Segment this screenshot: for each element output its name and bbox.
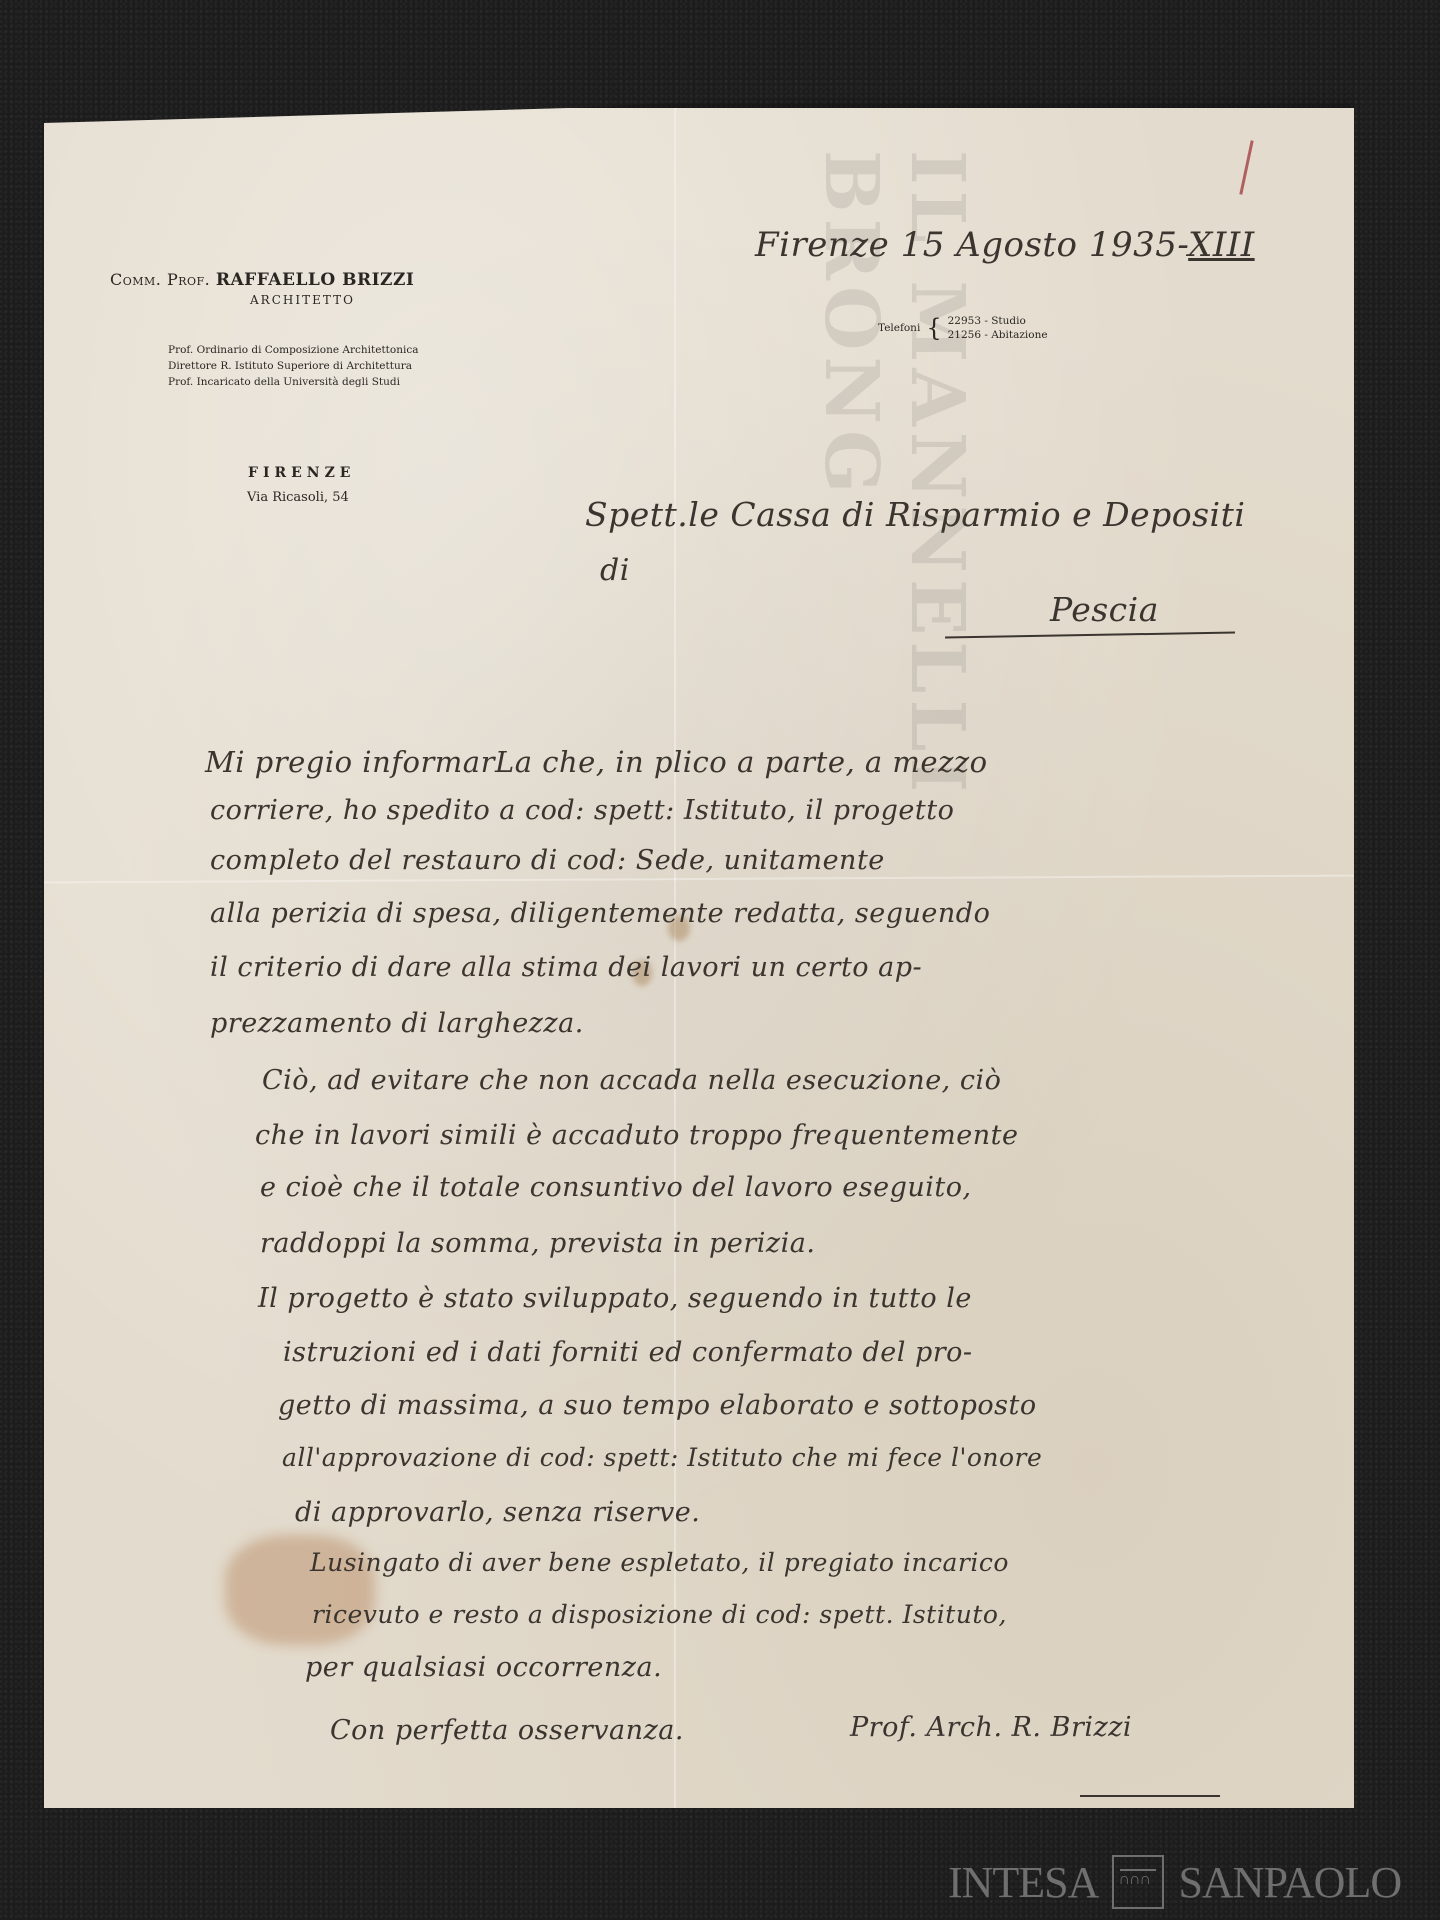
letterhead-fullname: RAFFAELLO BRIZZI [216, 270, 414, 290]
date-text: Firenze 15 Agosto 1935- [755, 225, 1188, 265]
letter-date: Firenze 15 Agosto 1935-XIII [755, 225, 1255, 265]
phone-label: Telefoni [878, 322, 920, 334]
body-line: Lusingato di aver bene espletato, il pre… [310, 1548, 1009, 1577]
letterhead-role: Prof. Ordinario di Composizione Architet… [168, 342, 418, 358]
body-line: completo del restauro di cod: Sede, unit… [210, 845, 885, 876]
body-line: e cioè che il totale consuntivo del lavo… [260, 1172, 972, 1203]
body-line: prezzamento di larghezza. [210, 1008, 584, 1039]
body-line: il criterio di dare alla stima dei lavor… [210, 952, 922, 983]
brand-right-text: SANPAOLO [1178, 1857, 1401, 1908]
body-line: per qualsiasi occorrenza. [305, 1652, 662, 1683]
letterhead-roles: Prof. Ordinario di Composizione Architet… [168, 342, 418, 390]
body-line: corriere, ho spedito a cod: spett: Istit… [210, 795, 954, 826]
body-line: di approvarlo, senza riserve. [295, 1497, 700, 1528]
body-line: Ciò, ad evitare che non accada nella ese… [262, 1065, 1001, 1096]
letterhead-honorific: Comm. Prof. [110, 270, 210, 289]
letterhead-phones: Telefoni { 22953 - Studio 21256 - Abitaz… [878, 314, 1048, 342]
body-line: Il progetto è stato sviluppato, seguendo… [258, 1283, 972, 1314]
intesa-sanpaolo-logo: INTESA SANPAOLO [948, 1855, 1401, 1909]
brace-icon: { [926, 316, 941, 340]
letterhead-role: Prof. Incaricato della Università degli … [168, 374, 418, 390]
signature-underline [1080, 1795, 1220, 1797]
body-line: Mi pregio informarLa che, in plico a par… [205, 745, 988, 779]
letterhead-role: Direttore R. Istituto Superiore di Archi… [168, 358, 418, 374]
letterhead-city: FIRENZE [248, 465, 355, 481]
recipient-line: Spett.le Cassa di Risparmio e Depositi [585, 495, 1245, 534]
letter-signature: Prof. Arch. R. Brizzi [850, 1712, 1132, 1743]
body-line: alla perizia di spesa, diligentemente re… [210, 898, 990, 929]
recipient-city: Pescia [1050, 590, 1159, 629]
recipient-line: di [600, 553, 630, 588]
phone-studio: 22953 - Studio [948, 314, 1048, 328]
phone-home: 21256 - Abitazione [948, 328, 1048, 342]
body-line: all'approvazione di cod: spett: Istituto… [282, 1443, 1042, 1472]
letterhead-title: ARCHITETTO [250, 293, 355, 307]
brand-left-text: INTESA [948, 1857, 1098, 1908]
bank-building-icon [1112, 1855, 1164, 1909]
date-era: XIII [1188, 225, 1255, 265]
body-line: getto di massima, a suo tempo elaborato … [278, 1390, 1037, 1421]
letterhead-address: Via Ricasoli, 54 [247, 490, 349, 505]
letterhead-name: Comm. Prof. RAFFAELLO BRIZZI [110, 270, 414, 290]
letter-closing: Con perfetta osservanza. [330, 1715, 684, 1746]
body-line: istruzioni ed i dati forniti ed conferma… [283, 1337, 973, 1368]
body-line: che in lavori simili è accaduto troppo f… [255, 1120, 1018, 1151]
body-line: ricevuto e resto a disposizione di cod: … [312, 1600, 1007, 1629]
body-line: raddoppi la somma, prevista in perizia. [260, 1228, 815, 1259]
